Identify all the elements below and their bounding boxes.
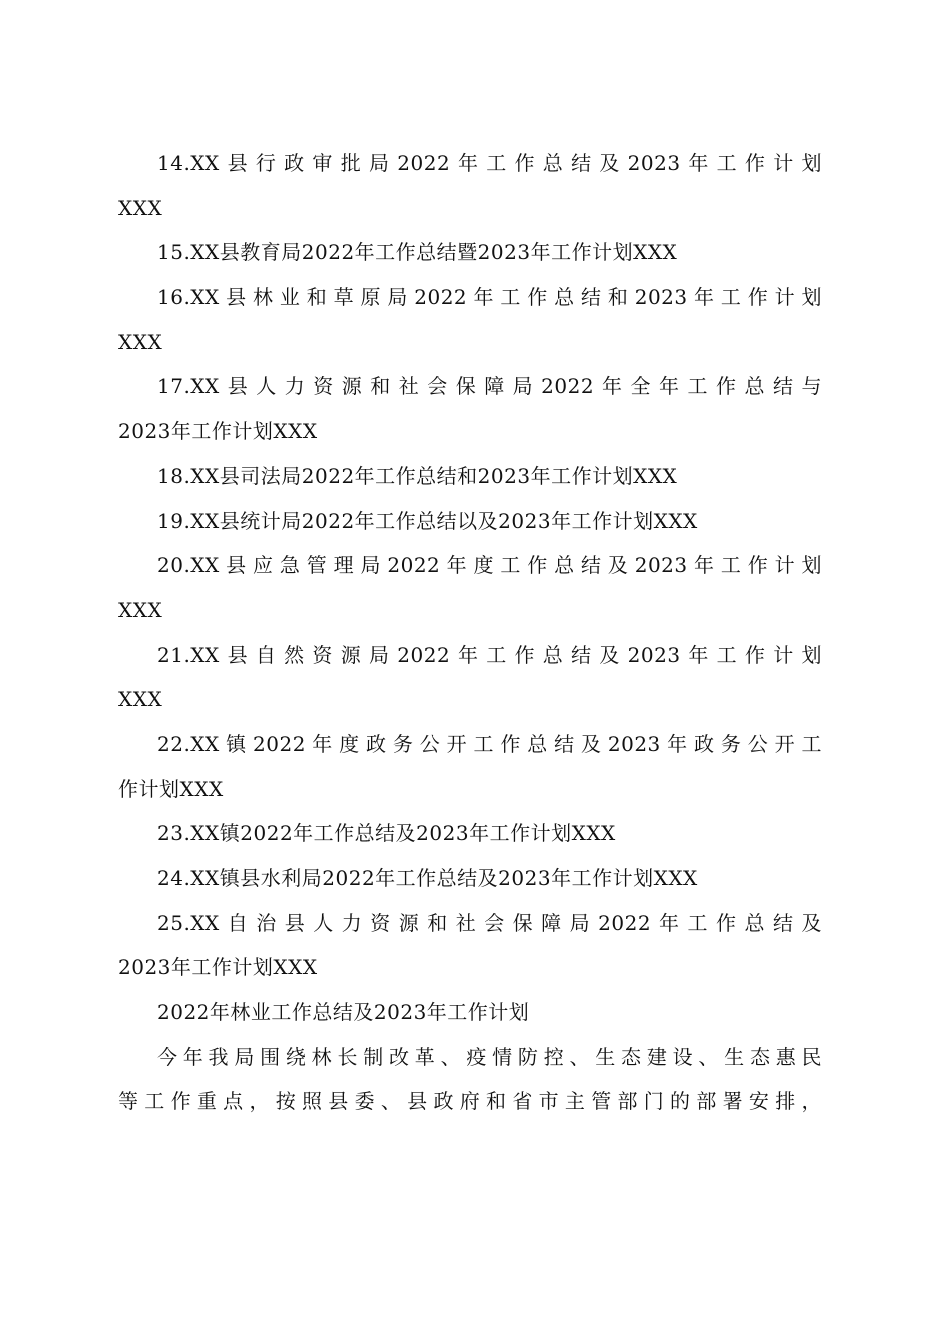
document-page: 14.XX县行政审批局2022年工作总结及2023年工作计划 XXX 15.XX… xyxy=(0,0,950,1344)
list-item-21: 21.XX县自然资源局2022年工作总结及2023年工作计划 xyxy=(118,638,822,683)
list-item-20-continued: XXX xyxy=(118,593,822,638)
list-item-25-continued: 2023年工作计划XXX xyxy=(118,950,822,995)
list-item-23: 23.XX镇2022年工作总结及2023年工作计划XXX xyxy=(118,816,822,861)
list-item-22: 22.XX镇2022年度政务公开工作总结及2023年政务公开工 xyxy=(118,727,822,772)
list-item-24: 24.XX镇县水利局2022年工作总结及2023年工作计划XXX xyxy=(118,861,822,906)
list-item-15: 15.XX县教育局2022年工作总结暨2023年工作计划XXX xyxy=(118,235,822,280)
section-title: 2022年林业工作总结及2023年工作计划 xyxy=(118,995,822,1040)
document-body: 14.XX县行政审批局2022年工作总结及2023年工作计划 XXX 15.XX… xyxy=(118,146,822,1129)
list-item-21-continued: XXX xyxy=(118,682,822,727)
list-item-16: 16.XX县林业和草原局2022年工作总结和2023年工作计划 xyxy=(118,280,822,325)
body-paragraph-line-1: 今年我局围绕林长制改革、疫情防控、生态建设、生态惠民 xyxy=(118,1040,822,1085)
list-item-14-continued: XXX xyxy=(118,191,822,236)
list-item-25: 25.XX自治县人力资源和社会保障局2022年工作总结及 xyxy=(118,906,822,951)
list-item-17: 17.XX县人力资源和社会保障局2022年全年工作总结与 xyxy=(118,369,822,414)
list-item-18: 18.XX县司法局2022年工作总结和2023年工作计划XXX xyxy=(118,459,822,504)
list-item-14: 14.XX县行政审批局2022年工作总结及2023年工作计划 xyxy=(118,146,822,191)
body-paragraph-line-2: 等工作重点，按照县委、县政府和省市主管部门的部署安排， xyxy=(118,1084,822,1129)
list-item-19: 19.XX县统计局2022年工作总结以及2023年工作计划XXX xyxy=(118,504,822,549)
list-item-16-continued: XXX xyxy=(118,325,822,370)
list-item-22-continued: 作计划XXX xyxy=(118,772,822,817)
list-item-20: 20.XX县应急管理局2022年度工作总结及2023年工作计划 xyxy=(118,548,822,593)
list-item-17-continued: 2023年工作计划XXX xyxy=(118,414,822,459)
